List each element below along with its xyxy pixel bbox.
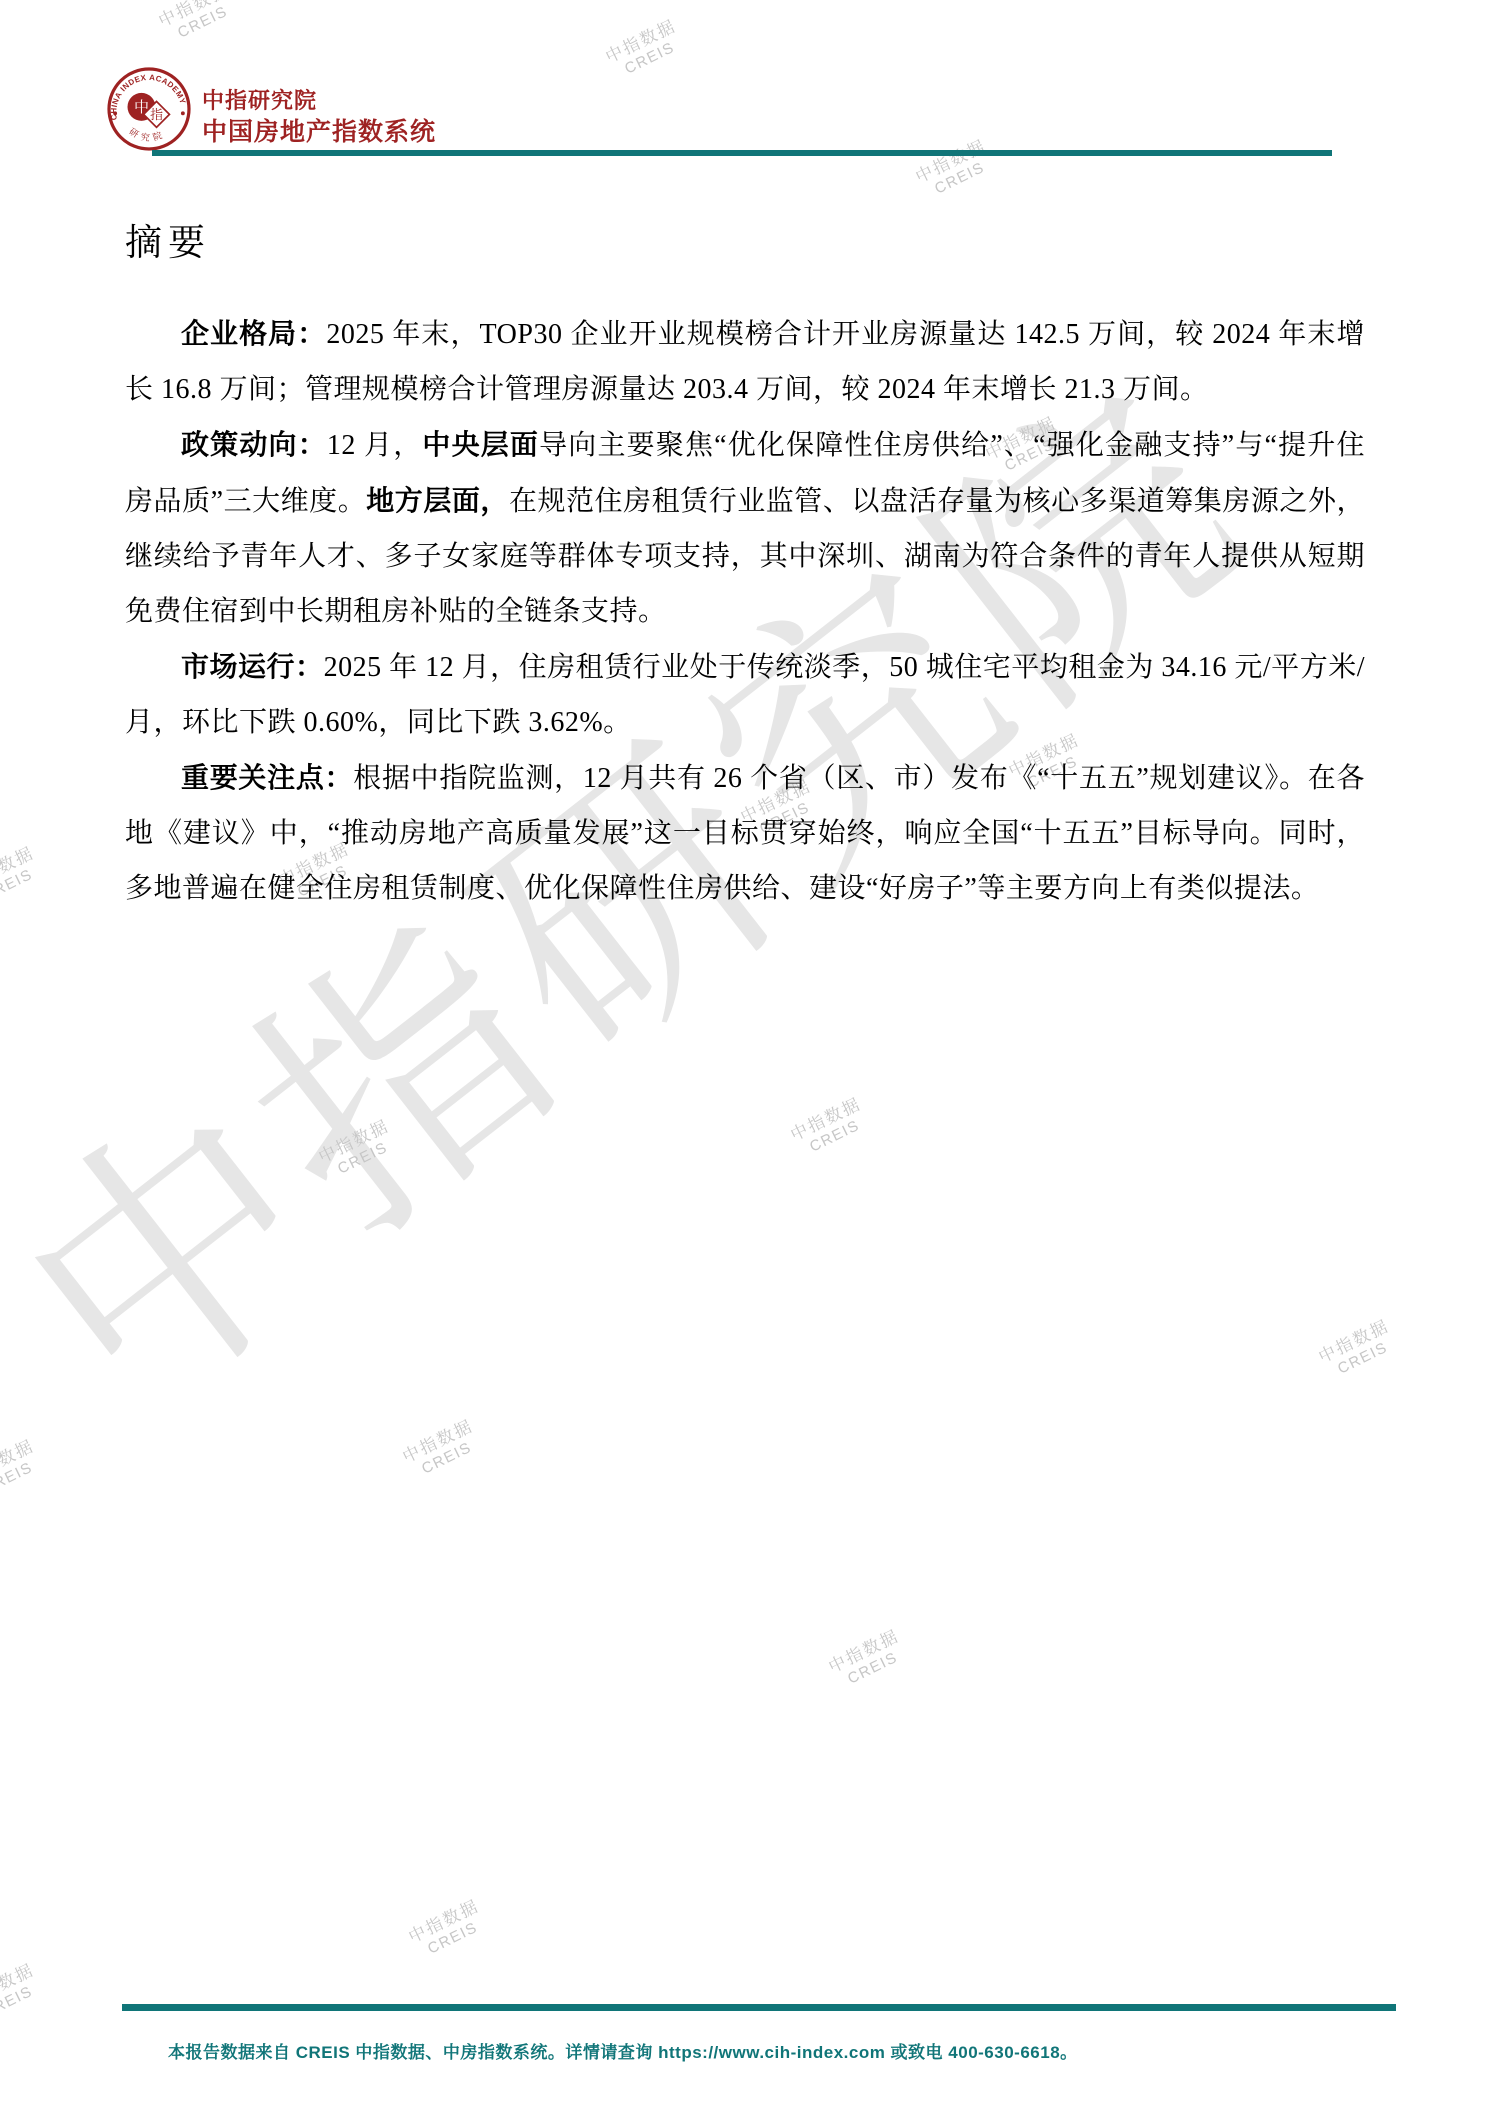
footer-note: 本报告数据来自 CREIS 中指数据、中房指数系统。详情请查询 https://… <box>168 2038 1078 2063</box>
footer-divider <box>122 2004 1396 2011</box>
report-footer: 本报告数据来自 CREIS 中指数据、中房指数系统。详情请查询 https://… <box>0 0 1488 2104</box>
report-page: 中指研究院 中指数据CREIS中指数据CREIS中指数据CREIS中指数据CRE… <box>0 0 1488 2104</box>
